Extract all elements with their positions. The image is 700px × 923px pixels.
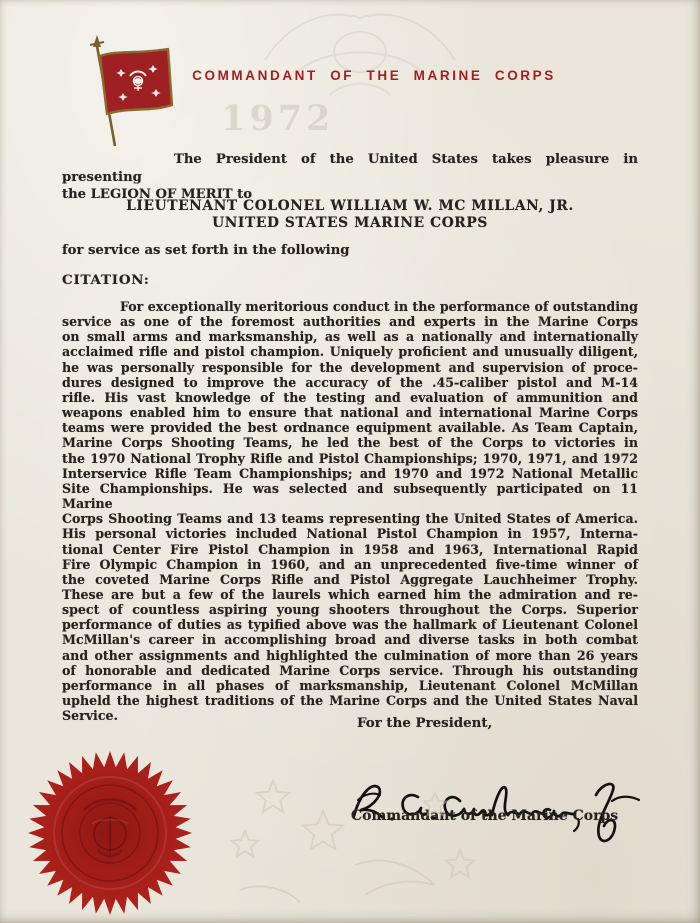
citation-paragraph: For exceptionally meritorious conduct in… [62, 299, 638, 723]
text-line: McMillan's career in accomplishing broad… [62, 632, 638, 647]
text-line: Corps Shooting Teams and 13 teams repres… [62, 511, 638, 526]
text-line: The President of the United States takes… [62, 151, 638, 186]
text-line: Interservice Rifle Team Championships; a… [62, 466, 638, 481]
commandant-flag-icon [55, 30, 185, 152]
citation-label: CITATION: [62, 272, 638, 288]
recipient-block: LIEUTENANT COLONEL WILLIAM W. MC MILLAN,… [62, 198, 638, 233]
red-wax-seal-icon [26, 746, 194, 920]
text-line: he was personally responsible for the de… [62, 360, 638, 375]
text-line: the coveted Marine Corps Rifle and Pisto… [62, 572, 638, 587]
preamble-line: for service as set forth in the followin… [62, 243, 638, 258]
text-line: These are but a few of the laurels which… [62, 587, 638, 602]
text-line: weapons enabled him to ensure that natio… [62, 405, 638, 420]
text-line: of honorable and dedicated Marine Corps … [62, 663, 638, 678]
text-line: spect of countless aspiring young shoote… [62, 602, 638, 617]
recipient-service: UNITED STATES MARINE CORPS [62, 215, 638, 232]
text-line: upheld the highest traditions of the Mar… [62, 693, 638, 708]
text-line: teams were provided the best ordnance eq… [62, 420, 638, 435]
text-line: Site Championships. He was selected and … [62, 481, 638, 511]
text-line: performance of duties as typified above … [62, 617, 638, 632]
text-line: the 1970 National Trophy Rifle and Pisto… [62, 451, 638, 466]
text-line: Fire Olympic Champion in 1960, and an un… [62, 557, 638, 572]
embossed-watermark-top [235, 0, 485, 110]
text-line: His personal victories included National… [62, 526, 638, 541]
text-line: on small arms and marksmanship, as well … [62, 329, 638, 344]
text-line: and other assignments and highlighted th… [62, 648, 638, 663]
text-line: tional Center Fire Pistol Champion in 19… [62, 542, 638, 557]
recipient-name: LIEUTENANT COLONEL WILLIAM W. MC MILLAN,… [62, 198, 638, 215]
text-line: acclaimed rifle and pistol champion. Uni… [62, 344, 638, 359]
letterhead-title: COMMANDANT OF THE MARINE CORPS [0, 68, 700, 83]
certificate-page: COMMANDANT OF THE MARINE CORPS 1972 The … [0, 0, 700, 923]
intro-paragraph: The President of the United States takes… [62, 151, 638, 204]
text-line: rifle. His vast knowledge of the testing… [62, 390, 638, 405]
year-watermark: 1972 [221, 98, 334, 139]
text-line: performance in all phases of marksmanshi… [62, 678, 638, 693]
text-line: service as one of the foremost authoriti… [62, 314, 638, 329]
text-line: dures designed to improve the accuracy o… [62, 375, 638, 390]
text-line: For exceptionally meritorious conduct in… [62, 299, 638, 314]
text-line: Marine Corps Shooting Teams, he led the … [62, 435, 638, 450]
text-line: Service. [62, 708, 638, 723]
for-the-president-line: For the President, [357, 715, 492, 731]
signer-title: Commandant of the Marine Corps [351, 808, 618, 824]
